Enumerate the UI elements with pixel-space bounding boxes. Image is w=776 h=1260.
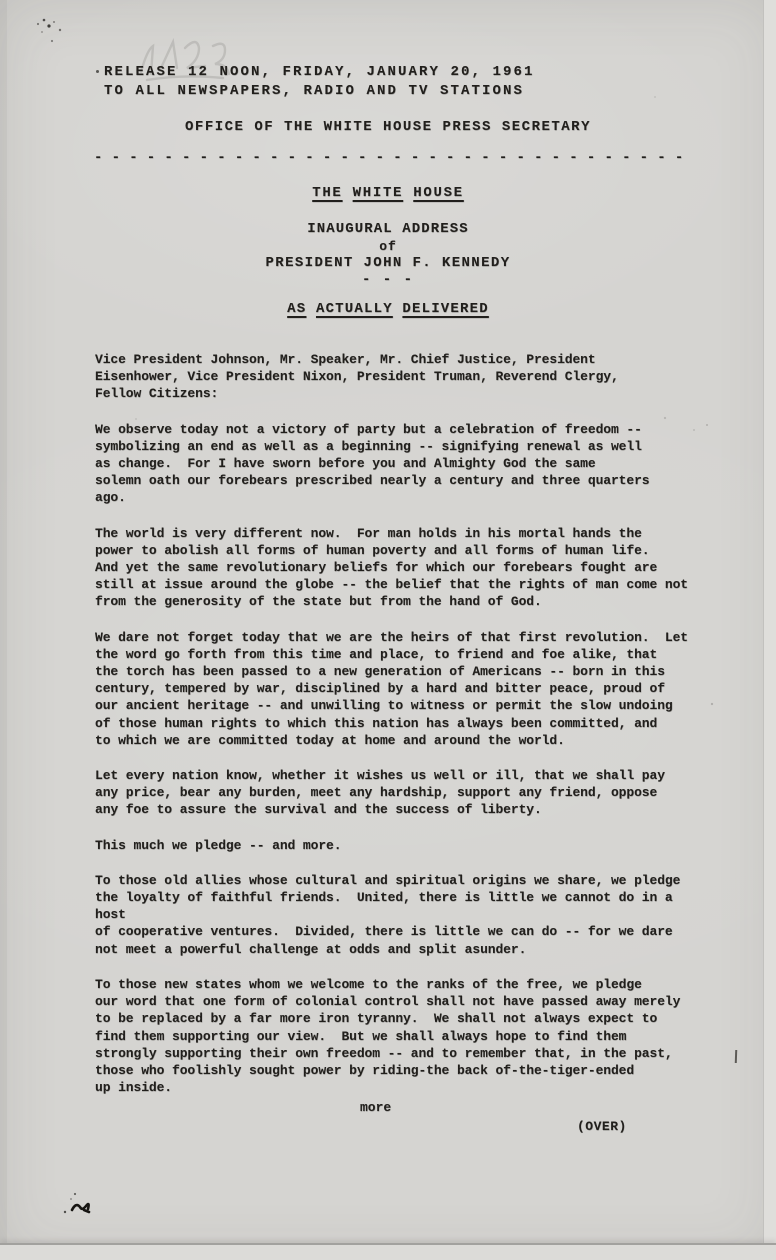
release-line-2: TO ALL NEWSPAPERS, RADIO AND TV STATIONS [104,82,535,101]
office-line: OFFICE OF THE WHITE HOUSE PRESS SECRETAR… [0,119,776,135]
ink-speckle-top-left [30,14,74,44]
over-marker: (OVER) [577,1119,627,1134]
scan-edge-right [763,0,776,1243]
paragraph-torch-passed: We dare not forget today that we are the… [95,629,697,749]
release-line-1: RELEASE 12 NOON, FRIDAY, JANUARY 20, 196… [104,63,535,82]
title-inaugural-address: INAUGURAL ADDRESS [0,221,776,237]
title-as-actually-delivered: AS ACTUALLY DELIVERED [0,301,776,317]
paragraph-salutation: Vice President Johnson, Mr. Speaker, Mr.… [95,351,697,403]
title-of: of [0,239,776,254]
paragraph-pledge-more: This much we pledge -- and more. [95,837,697,854]
paragraph-pay-any-price: Let every nation know, whether it wishes… [95,767,697,819]
scan-edge-bottom [0,1243,776,1260]
scanned-press-release-page: RELEASE 12 NOON, FRIDAY, JANUARY 20, 196… [0,0,776,1260]
paragraph-old-allies: To those old allies whose cultural and s… [95,872,697,958]
speech-body: Vice President Johnson, Mr. Speaker, Mr.… [95,351,697,1114]
scan-edge-left [0,0,7,1243]
continuation-marker: more [360,1100,391,1115]
paragraph-new-states: To those new states whom we welcome to t… [95,976,697,1096]
ink-dot [96,70,99,73]
title-president-name: PRESIDENT JOHN F. KENNEDY [0,255,776,271]
stray-pen-tick [735,1050,737,1063]
title-divider-dashes: - - - [0,272,776,288]
release-header: RELEASE 12 NOON, FRIDAY, JANUARY 20, 196… [104,63,535,101]
dashed-separator: - - - - - - - - - - - - - - - - - - - - … [94,150,694,166]
ink-squiggle-bottom-left [58,1186,98,1222]
paragraph-we-observe: We observe today not a victory of party … [95,421,697,507]
paragraph-world-different: The world is very different now. For man… [95,525,697,611]
title-the-white-house: THE WHITE HOUSE [0,185,776,201]
